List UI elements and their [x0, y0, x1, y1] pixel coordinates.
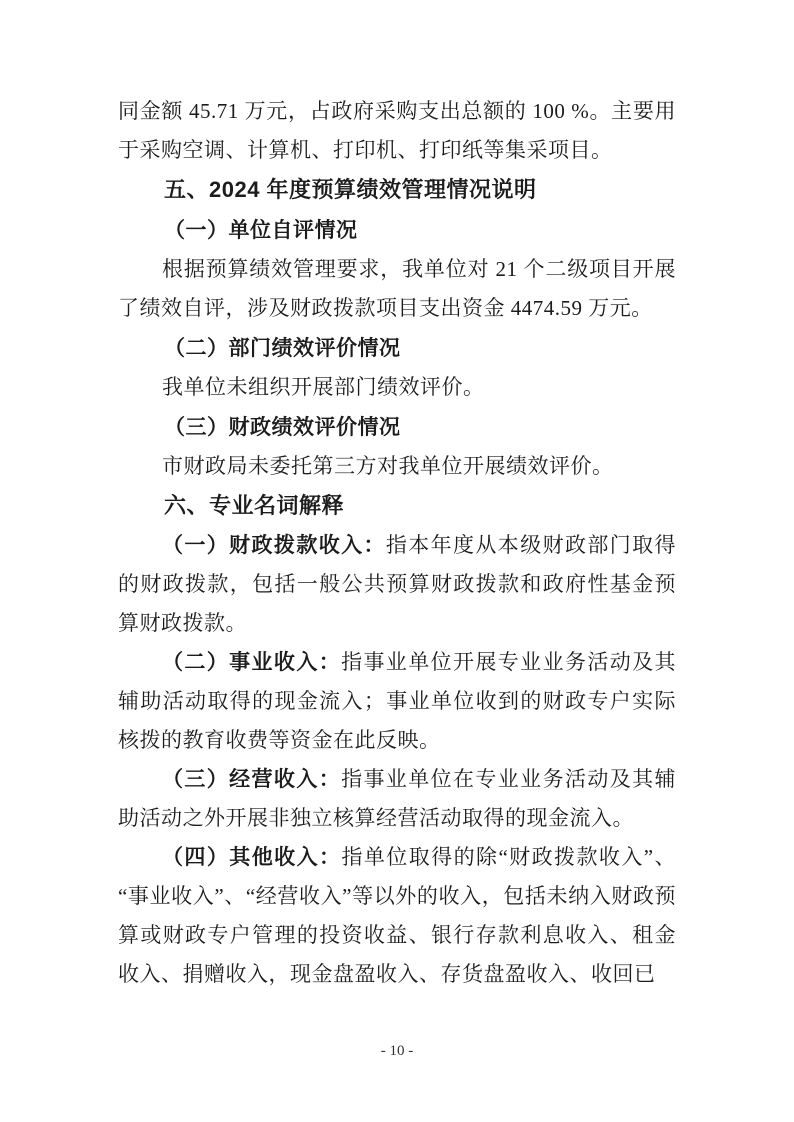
term-lead-fiscal-appropriation-income: （一）财政拨款收入：: [162, 533, 386, 557]
paragraph-self-evaluation: 根据预算绩效管理要求，我单位对 21 个二级项目开展了绩效自评，涉及财政拨款项目…: [118, 250, 676, 328]
document-body: 同金额 45.71 万元，占政府采购支出总额的 100 %。主要用于采购空调、计…: [118, 92, 676, 994]
paragraph-finance-evaluation: 市财政局未委托第三方对我单位开展绩效评价。: [118, 447, 676, 486]
term-lead-business-income: （二）事业收入：: [162, 650, 341, 674]
term-lead-other-income: （四）其他收入：: [162, 845, 341, 869]
paragraph-department-evaluation: 我单位未组织开展部门绩效评价。: [118, 368, 676, 407]
paragraph-term-other-income: （四）其他收入：指单位取得的除“财政拨款收入”、“事业收入”、“经营收入”等以外…: [118, 838, 676, 994]
paragraph-term-fiscal-appropriation-income: （一）财政拨款收入：指本年度从本级财政部门取得的财政拨款，包括一般公共预算财政拨…: [118, 526, 676, 643]
document-page: 同金额 45.71 万元，占政府采购支出总额的 100 %。主要用于采购空调、计…: [0, 0, 794, 1122]
paragraph-continuation: 同金额 45.71 万元，占政府采购支出总额的 100 %。主要用于采购空调、计…: [118, 92, 676, 170]
paragraph-term-business-income: （二）事业收入：指事业单位开展专业业务活动及其辅助活动取得的现金流入；事业单位收…: [118, 643, 676, 760]
subsection-heading-5-2: （二）部门绩效评价情况: [118, 328, 676, 368]
subsection-heading-5-3: （三）财政绩效评价情况: [118, 407, 676, 447]
term-lead-operating-income: （三）经营收入：: [162, 767, 341, 791]
section-heading-5: 五、2024 年度预算绩效管理情况说明: [118, 170, 676, 210]
paragraph-term-operating-income: （三）经营收入：指事业单位在专业业务活动及其辅助活动之外开展非独立核算经营活动取…: [118, 760, 676, 838]
subsection-heading-5-1: （一）单位自评情况: [118, 210, 676, 250]
section-heading-6: 六、专业名词解释: [118, 486, 676, 526]
page-number: - 10 -: [0, 1043, 794, 1060]
